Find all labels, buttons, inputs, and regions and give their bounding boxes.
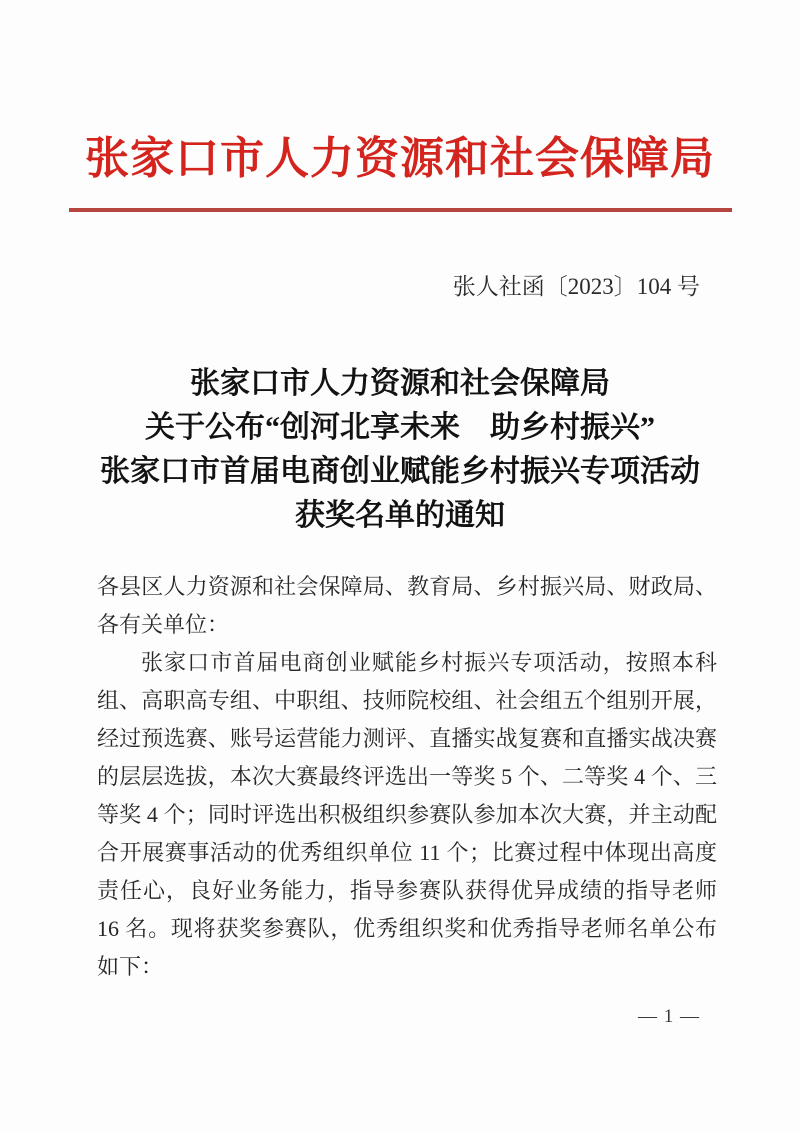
red-divider-line [69,208,732,212]
document-body: 各县区人力资源和社会保障局、教育局、乡村振兴局、财政局、 各有关单位： 张家口市… [97,568,717,986]
body-line: 各县区人力资源和社会保障局、教育局、乡村振兴局、财政局、 [97,568,717,606]
body-line: 等奖 4 个；同时评选出积极组织参赛队参加本次大赛，并主动配 [97,796,717,834]
body-line: 张家口市首届电商创业赋能乡村振兴专项活动，按照本科 [97,644,717,682]
document-page: 张家口市人力资源和社会保障局 张人社函〔2023〕104 号 张家口市人力资源和… [0,0,800,1131]
page-number: — 1 — [638,1006,700,1028]
body-line: 经过预选赛、账号运营能力测评、直播实战复赛和直播实战决赛 [97,720,717,758]
document-number: 张人社函〔2023〕104 号 [0,272,700,302]
body-line: 合开展赛事活动的优秀组织单位 11 个；比赛过程中体现出高度 [97,834,717,872]
notice-title-line: 张家口市人力资源和社会保障局 [0,362,800,406]
body-line: 责任心，良好业务能力，指导参赛队获得优异成绩的指导老师 [97,872,717,910]
notice-title: 张家口市人力资源和社会保障局 关于公布“创河北享未来 助乡村振兴” 张家口市首届… [0,362,800,538]
body-line: 各有关单位： [97,606,717,644]
notice-title-line: 张家口市首届电商创业赋能乡村振兴专项活动 [0,450,800,494]
letterhead-title: 张家口市人力资源和社会保障局 [0,128,800,190]
body-line: 的层层选拔，本次大赛最终评选出一等奖 5 个、二等奖 4 个、三 [97,758,717,796]
notice-title-line: 获奖名单的通知 [0,494,800,538]
body-line: 16 名。现将获奖参赛队，优秀组织奖和优秀指导老师名单公布 [97,910,717,948]
notice-title-line: 关于公布“创河北享未来 助乡村振兴” [0,406,800,450]
body-line: 组、高职高专组、中职组、技师院校组、社会组五个组别开展， [97,682,717,720]
body-line: 如下： [97,948,717,986]
